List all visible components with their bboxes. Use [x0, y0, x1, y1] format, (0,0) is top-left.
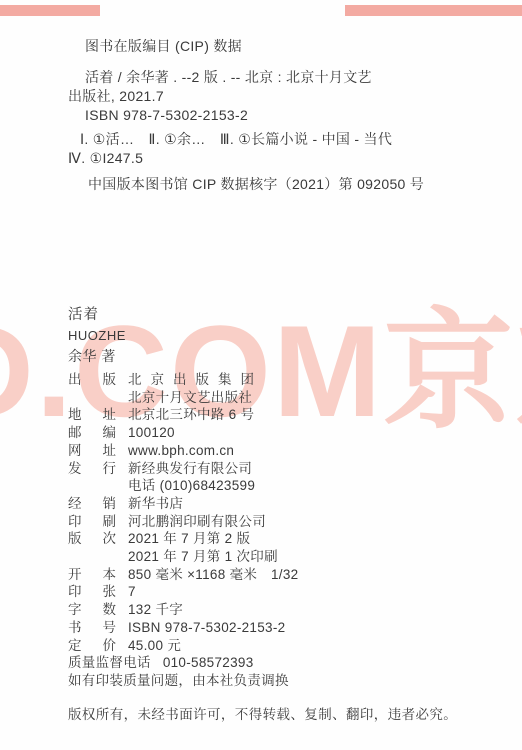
quality-phone-label: 质量监督电话	[68, 655, 151, 670]
cip-heading: 图书在版编目 (CIP) 数据	[85, 36, 242, 56]
colophon-value: 北京十月文艺出版社	[128, 390, 252, 405]
watermark-bar-left	[0, 5, 100, 16]
colophon-row: 字数132 千字	[68, 601, 298, 619]
colophon-label: 版次	[68, 530, 118, 548]
colophon-value: 北京出版集团	[128, 372, 263, 387]
watermark-bar-right	[345, 5, 522, 16]
colophon-row: 地址北京北三环中路 6 号	[68, 406, 298, 424]
colophon-label: 网址	[68, 442, 118, 460]
colophon-label: 经销	[68, 495, 118, 513]
binding-notice: 如有印装质量问题，由本社负责调换	[68, 672, 298, 690]
colophon-label: 邮编	[68, 424, 118, 442]
book-author: 余华 著	[68, 346, 126, 366]
colophon-row: 出版北京出版集团	[68, 371, 298, 389]
book-title: 活着	[68, 305, 126, 326]
colophon-row: 定价45.00 元	[68, 637, 298, 655]
cip-entry-line: 活着 / 余华著 . --2 版 . -- 北京 : 北京十月文艺	[68, 68, 372, 87]
cip-class-line: Ⅳ. ①I247.5	[68, 149, 392, 168]
colophon-row: 经销新华书店	[68, 495, 298, 513]
colophon-value: 45.00 元	[128, 638, 181, 653]
colophon-row: 印刷河北鹏润印刷有限公司	[68, 513, 298, 531]
colophon-value: 新经典发行有限公司	[128, 461, 252, 476]
colophon-label: 印刷	[68, 513, 118, 531]
cip-entry-line: ISBN 978-7-5302-2153-2	[68, 106, 372, 125]
colophon-value: 2021 年 7 月第 1 次印刷	[128, 549, 278, 564]
colophon-row: 电话 (010)68423599	[68, 477, 298, 495]
colophon-value: 北京北三环中路 6 号	[128, 407, 254, 422]
colophon-row: 北京十月文艺出版社	[68, 389, 298, 407]
book-title-pinyin: HUOZHE	[68, 326, 126, 346]
colophon-row: 开本850 毫米 ×1168 毫米 1/32	[68, 566, 298, 584]
book-copyright-page: D.COM京东 图书在版编目 (CIP) 数据 活着 / 余华著 . --2 版…	[0, 0, 522, 750]
cip-record-number: 中国版本图书馆 CIP 数据核字（2021）第 092050 号	[88, 174, 424, 194]
colophon-row: 2021 年 7 月第 1 次印刷	[68, 548, 298, 566]
colophon-row: 邮编100120	[68, 424, 298, 442]
colophon-row: 网址www.bph.com.cn	[68, 442, 298, 460]
cip-classification: Ⅰ. ①活… Ⅱ. ①余… Ⅲ. ①长篇小说 - 中国 - 当代 Ⅳ. ①I24…	[68, 130, 392, 168]
colophon-row: 书号ISBN 978-7-5302-2153-2	[68, 619, 298, 637]
colophon-label: 出版	[68, 371, 118, 389]
colophon-value: ISBN 978-7-5302-2153-2	[128, 620, 285, 635]
quality-phone-row: 质量监督电话010-58572393	[68, 654, 298, 672]
cip-entry: 活着 / 余华著 . --2 版 . -- 北京 : 北京十月文艺 出版社, 2…	[68, 68, 372, 125]
colophon-row: 发行新经典发行有限公司	[68, 460, 298, 478]
colophon-value: www.bph.com.cn	[128, 443, 234, 458]
colophon-value: 850 毫米 ×1168 毫米 1/32	[128, 567, 298, 582]
colophon-value: 7	[128, 584, 136, 599]
colophon-value: 新华书店	[128, 496, 183, 511]
colophon-label: 开本	[68, 566, 118, 584]
colophon-row: 版次2021 年 7 月第 2 版	[68, 530, 298, 548]
colophon-value: 132 千字	[128, 602, 183, 617]
colophon-label: 字数	[68, 601, 118, 619]
colophon-value: 2021 年 7 月第 2 版	[128, 531, 250, 546]
colophon-row: 印张7	[68, 583, 298, 601]
colophon: 出版北京出版集团 北京十月文艺出版社 地址北京北三环中路 6 号 邮编10012…	[68, 371, 298, 690]
colophon-value: 100120	[128, 425, 175, 440]
copyright-notice: 版权所有，未经书面许可，不得转载、复制、翻印，违者必究。	[68, 703, 457, 723]
colophon-label: 地址	[68, 406, 118, 424]
colophon-label: 印张	[68, 583, 118, 601]
cip-class-line: Ⅰ. ①活… Ⅱ. ①余… Ⅲ. ①长篇小说 - 中国 - 当代	[68, 130, 392, 149]
cip-entry-line: 出版社, 2021.7	[68, 87, 372, 106]
colophon-value: 河北鹏润印刷有限公司	[128, 514, 266, 529]
colophon-label: 定价	[68, 637, 118, 655]
colophon-label: 发行	[68, 460, 118, 478]
quality-phone-value: 010-58572393	[163, 655, 254, 670]
colophon-value: 电话 (010)68423599	[128, 478, 255, 493]
colophon-label: 书号	[68, 619, 118, 637]
title-block: 活着 HUOZHE 余华 著	[68, 305, 126, 366]
